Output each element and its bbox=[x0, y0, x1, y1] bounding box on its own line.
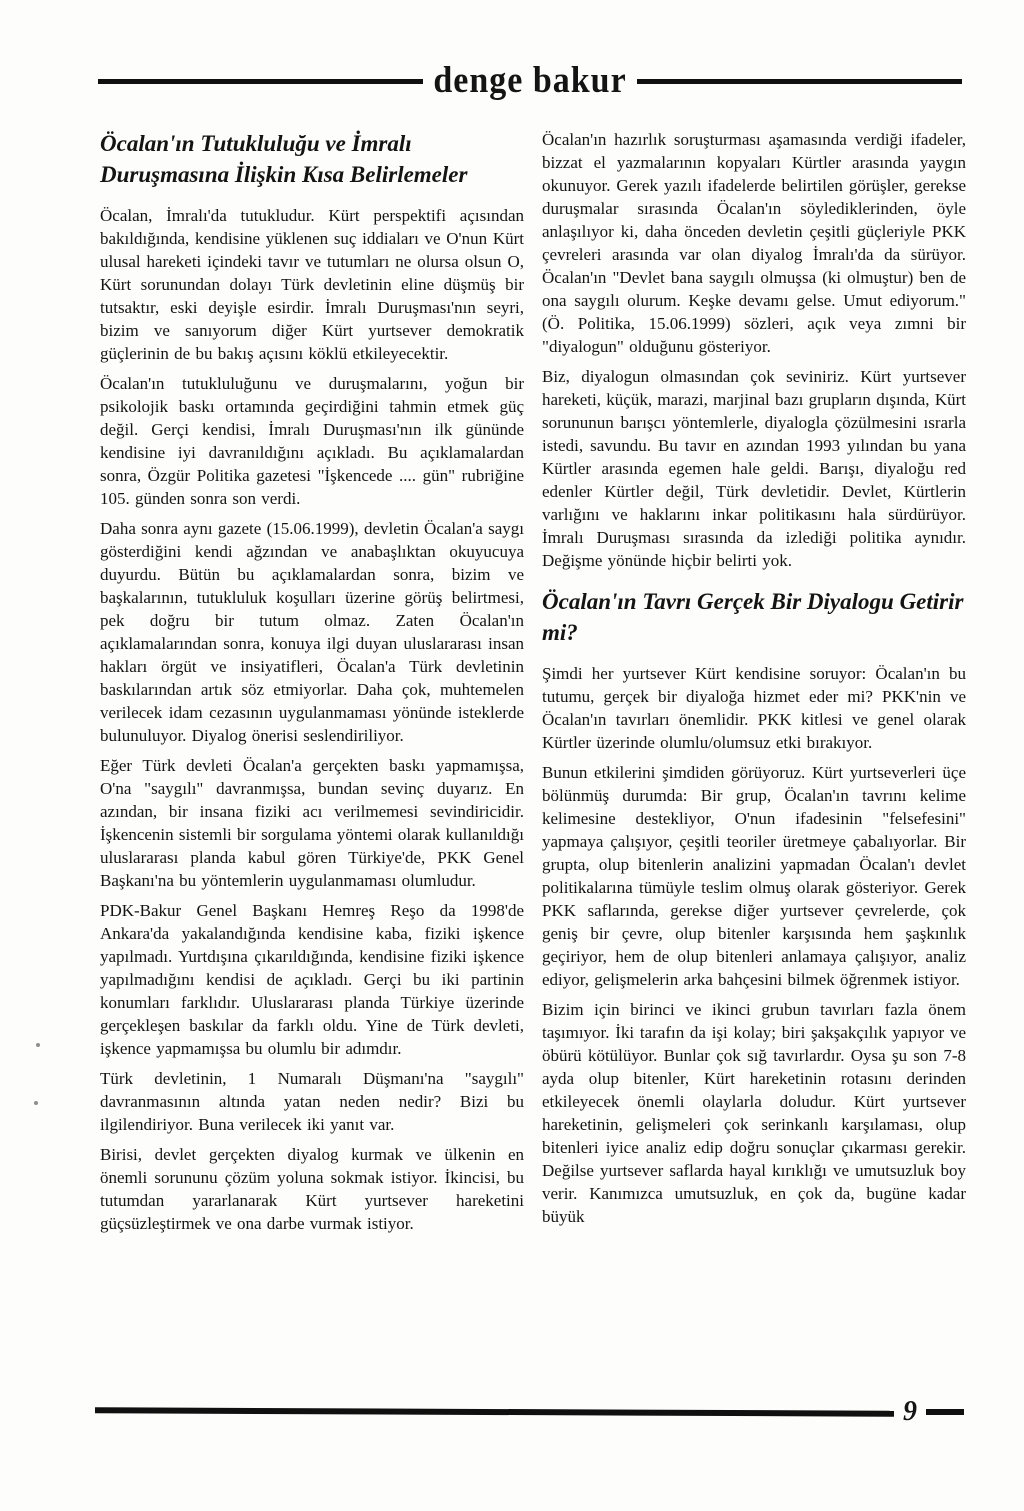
paragraph: Birisi, devlet gerçekten diyalog kurmak … bbox=[100, 1143, 524, 1235]
paragraph: Daha sonra aynı gazete (15.06.1999), dev… bbox=[100, 517, 524, 747]
page-footer: 9 bbox=[95, 1398, 964, 1426]
journal-title: denge bakur bbox=[429, 60, 630, 101]
footer-rule bbox=[95, 1407, 894, 1416]
paragraph: Türk devletinin, 1 Numaralı Düşmanı'na "… bbox=[100, 1067, 524, 1136]
paragraph: Biz, diyalogun olmasından çok seviniriz.… bbox=[542, 365, 966, 572]
paragraph: Eğer Türk devleti Öcalan'a gerçekten bas… bbox=[100, 754, 524, 892]
article-heading-left: Öcalan'ın Tutukluluğu ve İmralı Duruşmas… bbox=[100, 128, 524, 190]
scan-speck bbox=[36, 1043, 40, 1047]
paragraph: Bizim için birinci ve ikinci grubun tavı… bbox=[542, 998, 966, 1228]
masthead-rule-left bbox=[98, 79, 423, 84]
paragraph: Bunun etkilerini şimdiden görüyoruz. Kür… bbox=[542, 761, 966, 991]
scan-speck bbox=[34, 1101, 38, 1105]
right-column: Öcalan'ın hazırlık soruşturması aşamasın… bbox=[542, 128, 966, 1242]
paragraph: Öcalan'ın tutukluluğunu ve duruşmalarını… bbox=[100, 372, 524, 510]
paragraph: Öcalan'ın hazırlık soruşturması aşamasın… bbox=[542, 128, 966, 358]
paragraph: Öcalan, İmralı'da tutukludur. Kürt persp… bbox=[100, 204, 524, 365]
paragraph: PDK-Bakur Genel Başkanı Hemreş Reşo da 1… bbox=[100, 899, 524, 1060]
page-number: 9 bbox=[903, 1398, 917, 1426]
scanned-journal-page: denge bakur Öcalan'ın Tutukluluğu ve İmr… bbox=[0, 0, 1024, 1511]
footer-dash bbox=[926, 1409, 964, 1415]
masthead: denge bakur bbox=[98, 62, 962, 100]
article-body: Öcalan'ın Tutukluluğu ve İmralı Duruşmas… bbox=[100, 128, 966, 1242]
masthead-rule-right bbox=[637, 79, 962, 84]
left-column: Öcalan'ın Tutukluluğu ve İmralı Duruşmas… bbox=[100, 128, 524, 1242]
article-heading-right: Öcalan'ın Tavrı Gerçek Bir Diyalogu Geti… bbox=[542, 586, 966, 648]
paragraph: Şimdi her yurtsever Kürt kendisine soruy… bbox=[542, 662, 966, 754]
